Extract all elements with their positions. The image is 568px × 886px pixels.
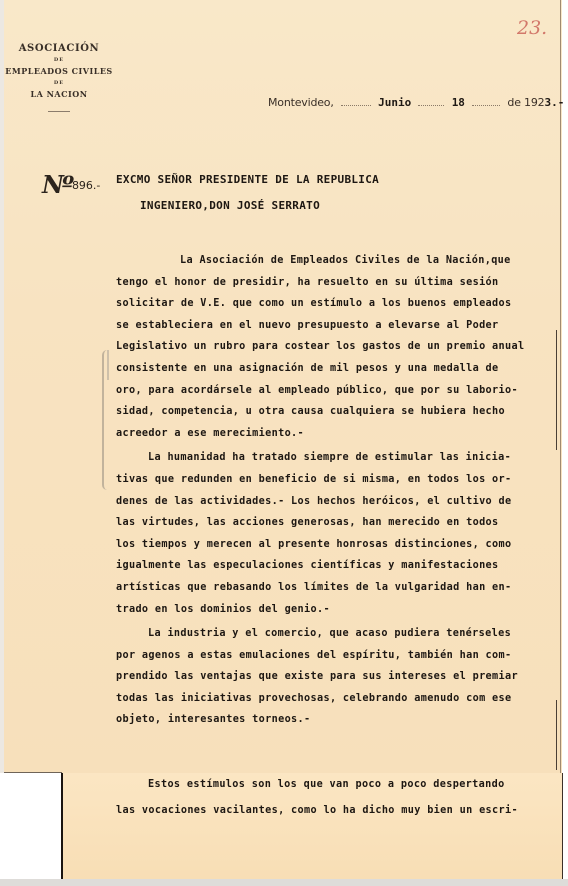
body-line: igualmente las especulaciones científica… — [116, 555, 561, 577]
folio-number: 23. — [517, 17, 547, 39]
body-line: objeto, interesantes torneos.- — [116, 709, 561, 731]
body-line: Estos estímulos son los que van poco a p… — [116, 772, 518, 798]
body-line: Legislativo un rubro para costear los ga… — [116, 336, 561, 358]
letterhead-line: EMPLEADOS CIVILES — [4, 65, 114, 78]
dotted-fill — [341, 97, 371, 106]
body-line: consistente en una asignación de mil pes… — [116, 358, 561, 380]
page-fold-edge — [4, 772, 62, 773]
letterhead: ASOCIACIÓN DE EMPLEADOS CIVILES DE LA NA… — [4, 42, 114, 112]
body-line: solicitar de V.E. que como un estímulo a… — [116, 293, 561, 315]
letterhead-line: DE — [4, 55, 114, 65]
body-line: oro, para acordársele al empleado públic… — [116, 380, 561, 402]
dotted-fill — [472, 97, 500, 106]
date-year-suffix: 3.- — [544, 96, 564, 109]
reference-number: Nº896.- — [42, 170, 100, 199]
letterhead-line: ASOCIACIÓN — [4, 42, 114, 55]
scan-bottom-strip — [0, 879, 568, 886]
body-line: La industria y el comercio, que acaso pu… — [116, 623, 561, 645]
addressee: EXCMO SEÑOR PRESIDENTE DE LA REPUBLICA I… — [116, 167, 379, 219]
body-line: tivas que redunden en beneficio de si mi… — [116, 469, 561, 491]
number-symbol: Nº — [42, 170, 72, 199]
addressee-line: EXCMO SEÑOR PRESIDENTE DE LA REPUBLICA — [116, 167, 379, 193]
letter-body: La Asociación de Empleados Civiles de la… — [116, 250, 561, 731]
pencil-margin-mark — [102, 350, 107, 490]
body-line: por agenos a estas emulaciones del espír… — [116, 645, 561, 667]
dateline: Montevideo, Junio 18 de 1923.- — [268, 95, 564, 109]
body-line: artísticas que rebasando los límites de … — [116, 577, 561, 599]
date-place: Montevideo, — [268, 96, 334, 109]
body-line: La humanidad ha tratado siempre de estim… — [116, 447, 561, 469]
body-line: las vocaciones vacilantes, como lo ha di… — [116, 798, 518, 824]
letterhead-rule — [48, 111, 70, 112]
body-line: prendido las ventajas que existe para su… — [116, 666, 561, 688]
body-line: tengo el honor de presidir, ha resuelto … — [116, 272, 561, 294]
body-line: acreedor a ese merecimiento.- — [116, 423, 561, 445]
addressee-line: INGENIERO,DON JOSÉ SERRATO — [116, 193, 379, 219]
letter-body-continued: Estos estímulos son los que van poco a p… — [116, 772, 518, 824]
number-value: 896.- — [72, 179, 100, 192]
date-day: 18 — [452, 96, 465, 109]
body-line: todas las iniciativas provechosas, celeb… — [116, 688, 561, 710]
body-line: los tiempos y merecen al presente honros… — [116, 534, 561, 556]
date-year-prefix: de 192 — [507, 96, 544, 109]
letterhead-line: DE — [4, 78, 114, 88]
body-line: se estableciera en el nuevo presupuesto … — [116, 315, 561, 337]
body-line: La Asociación de Empleados Civiles de la… — [116, 250, 561, 272]
dotted-fill — [418, 97, 444, 106]
body-line: denes de las actividades.- Los hechos he… — [116, 491, 561, 513]
body-line: las virtudes, las acciones generosas, ha… — [116, 512, 561, 534]
body-line: sidad, competencia, u otra causa cualqui… — [116, 401, 561, 423]
body-line: trado en los dominios del genio.- — [116, 599, 561, 621]
letterhead-line: LA NACION — [4, 88, 114, 101]
date-month: Junio — [378, 96, 411, 109]
